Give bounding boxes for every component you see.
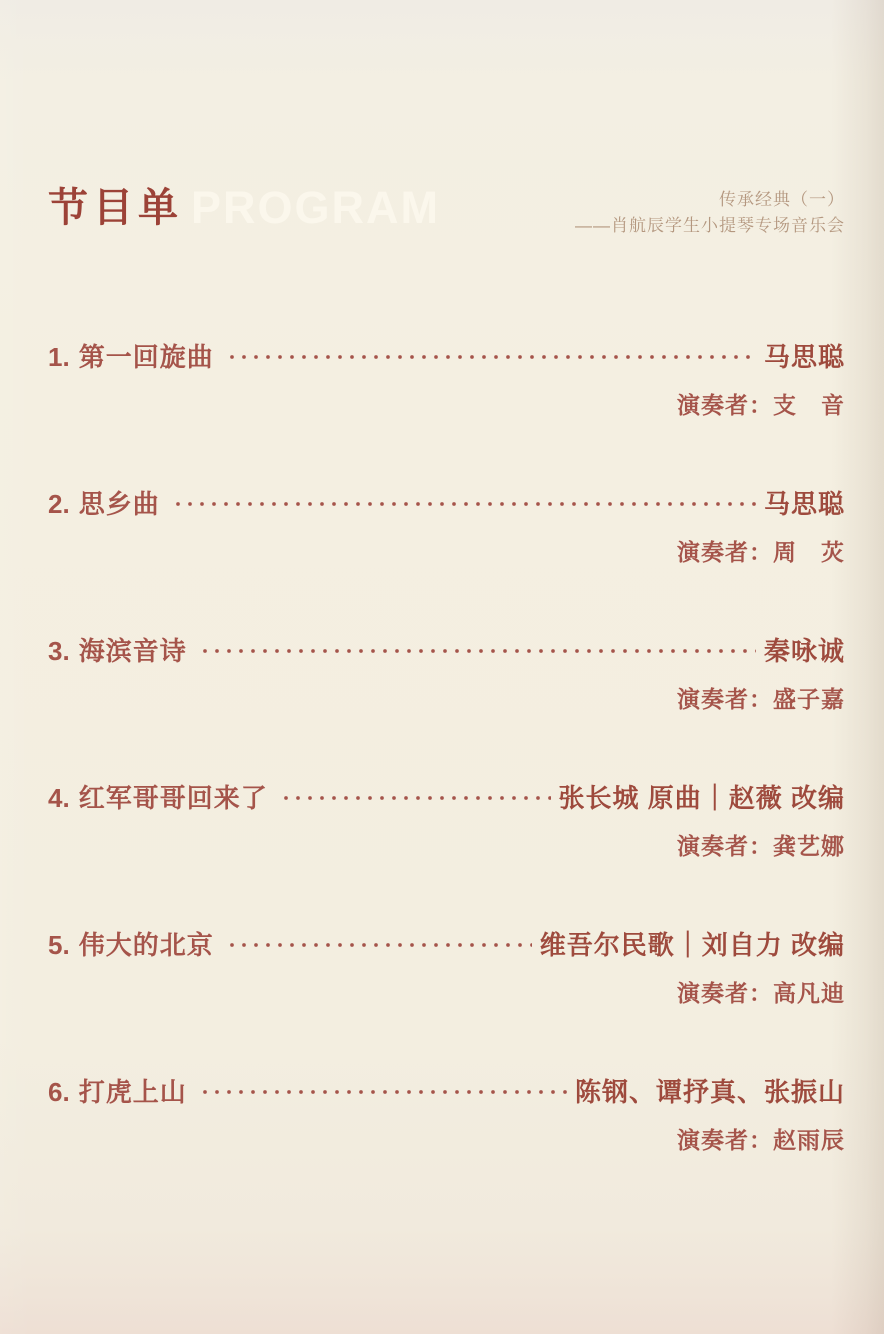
- performer-name: 盛子嘉: [773, 686, 845, 712]
- song-number: 5.: [48, 928, 70, 962]
- song-composer: 秦咏诚: [764, 634, 845, 668]
- performer-row: 演奏者：高凡迪: [48, 978, 845, 1008]
- song-row: 2. 思乡曲 马思聪: [48, 487, 845, 521]
- program-list: 1. 第一回旋曲 马思聪 演奏者：支 音 2. 思乡曲 马思聪 演奏者：周 苂: [48, 340, 845, 1222]
- performer-row: 演奏者：周 苂: [48, 537, 845, 567]
- song-number: 1.: [48, 340, 70, 374]
- song-composer: 马思聪: [764, 487, 845, 521]
- concert-subtitle: ——肖航辰学生小提琴专场音乐会: [575, 213, 845, 239]
- song-row: 4. 红军哥哥回来了 张长城 原曲｜赵薇 改编: [48, 781, 845, 815]
- page-title-en: PROGRAM: [191, 186, 440, 230]
- song-title: 打虎上山: [79, 1075, 187, 1109]
- performer-name: 高凡迪: [773, 980, 845, 1006]
- song-title: 海滨音诗: [79, 634, 187, 668]
- song-composer: 马思聪: [764, 340, 845, 374]
- performer-row: 演奏者：支 音: [48, 390, 845, 420]
- program-item-2: 2. 思乡曲 马思聪 演奏者：周 苂: [48, 487, 845, 567]
- dot-leader: [278, 781, 551, 815]
- performer-label: 演奏者：: [677, 686, 773, 712]
- dot-leader: [170, 487, 756, 521]
- program-page: 节目单 PROGRAM 传承经典（一） ——肖航辰学生小提琴专场音乐会 1. 第…: [0, 0, 884, 1334]
- concert-series: 传承经典（一）: [575, 187, 845, 213]
- performer-label: 演奏者：: [677, 980, 773, 1006]
- program-item-5: 5. 伟大的北京 维吾尔民歌｜刘自力 改编 演奏者：高凡迪: [48, 928, 845, 1008]
- page-title-cn: 节目单: [48, 186, 183, 230]
- song-row: 1. 第一回旋曲 马思聪: [48, 340, 845, 374]
- song-number: 2.: [48, 487, 70, 521]
- song-composer: 维吾尔民歌｜刘自力 改编: [540, 928, 845, 962]
- song-row: 5. 伟大的北京 维吾尔民歌｜刘自力 改编: [48, 928, 845, 962]
- performer-name: 周 苂: [773, 539, 845, 565]
- performer-name: 支 音: [773, 392, 845, 418]
- dot-leader: [224, 340, 756, 374]
- program-item-3: 3. 海滨音诗 秦咏诚 演奏者：盛子嘉: [48, 634, 845, 714]
- performer-name: 龚艺娜: [773, 833, 845, 859]
- performer-label: 演奏者：: [677, 1127, 773, 1153]
- program-item-1: 1. 第一回旋曲 马思聪 演奏者：支 音: [48, 340, 845, 420]
- program-item-4: 4. 红军哥哥回来了 张长城 原曲｜赵薇 改编 演奏者：龚艺娜: [48, 781, 845, 861]
- song-title: 第一回旋曲: [79, 340, 214, 374]
- performer-name: 赵雨辰: [773, 1127, 845, 1153]
- song-title: 红军哥哥回来了: [79, 781, 268, 815]
- song-title: 思乡曲: [79, 487, 160, 521]
- dot-leader: [224, 928, 532, 962]
- performer-row: 演奏者：赵雨辰: [48, 1125, 845, 1155]
- song-number: 4.: [48, 781, 70, 815]
- performer-label: 演奏者：: [677, 833, 773, 859]
- page-title: 节目单 PROGRAM: [48, 186, 440, 230]
- dot-leader: [197, 1075, 567, 1109]
- song-row: 6. 打虎上山 陈钢、谭抒真、张振山: [48, 1075, 845, 1109]
- song-row: 3. 海滨音诗 秦咏诚: [48, 634, 845, 668]
- song-title: 伟大的北京: [79, 928, 214, 962]
- song-composer: 陈钢、谭抒真、张振山: [575, 1075, 845, 1109]
- performer-label: 演奏者：: [677, 392, 773, 418]
- program-item-6: 6. 打虎上山 陈钢、谭抒真、张振山 演奏者：赵雨辰: [48, 1075, 845, 1155]
- performer-label: 演奏者：: [677, 539, 773, 565]
- song-composer: 张长城 原曲｜赵薇 改编: [559, 781, 845, 815]
- page-header: 节目单 PROGRAM 传承经典（一） ——肖航辰学生小提琴专场音乐会: [48, 186, 845, 239]
- performer-row: 演奏者：盛子嘉: [48, 684, 845, 714]
- song-number: 6.: [48, 1075, 70, 1109]
- song-number: 3.: [48, 634, 70, 668]
- performer-row: 演奏者：龚艺娜: [48, 831, 845, 861]
- dot-leader: [197, 634, 756, 668]
- concert-info: 传承经典（一） ——肖航辰学生小提琴专场音乐会: [575, 186, 845, 239]
